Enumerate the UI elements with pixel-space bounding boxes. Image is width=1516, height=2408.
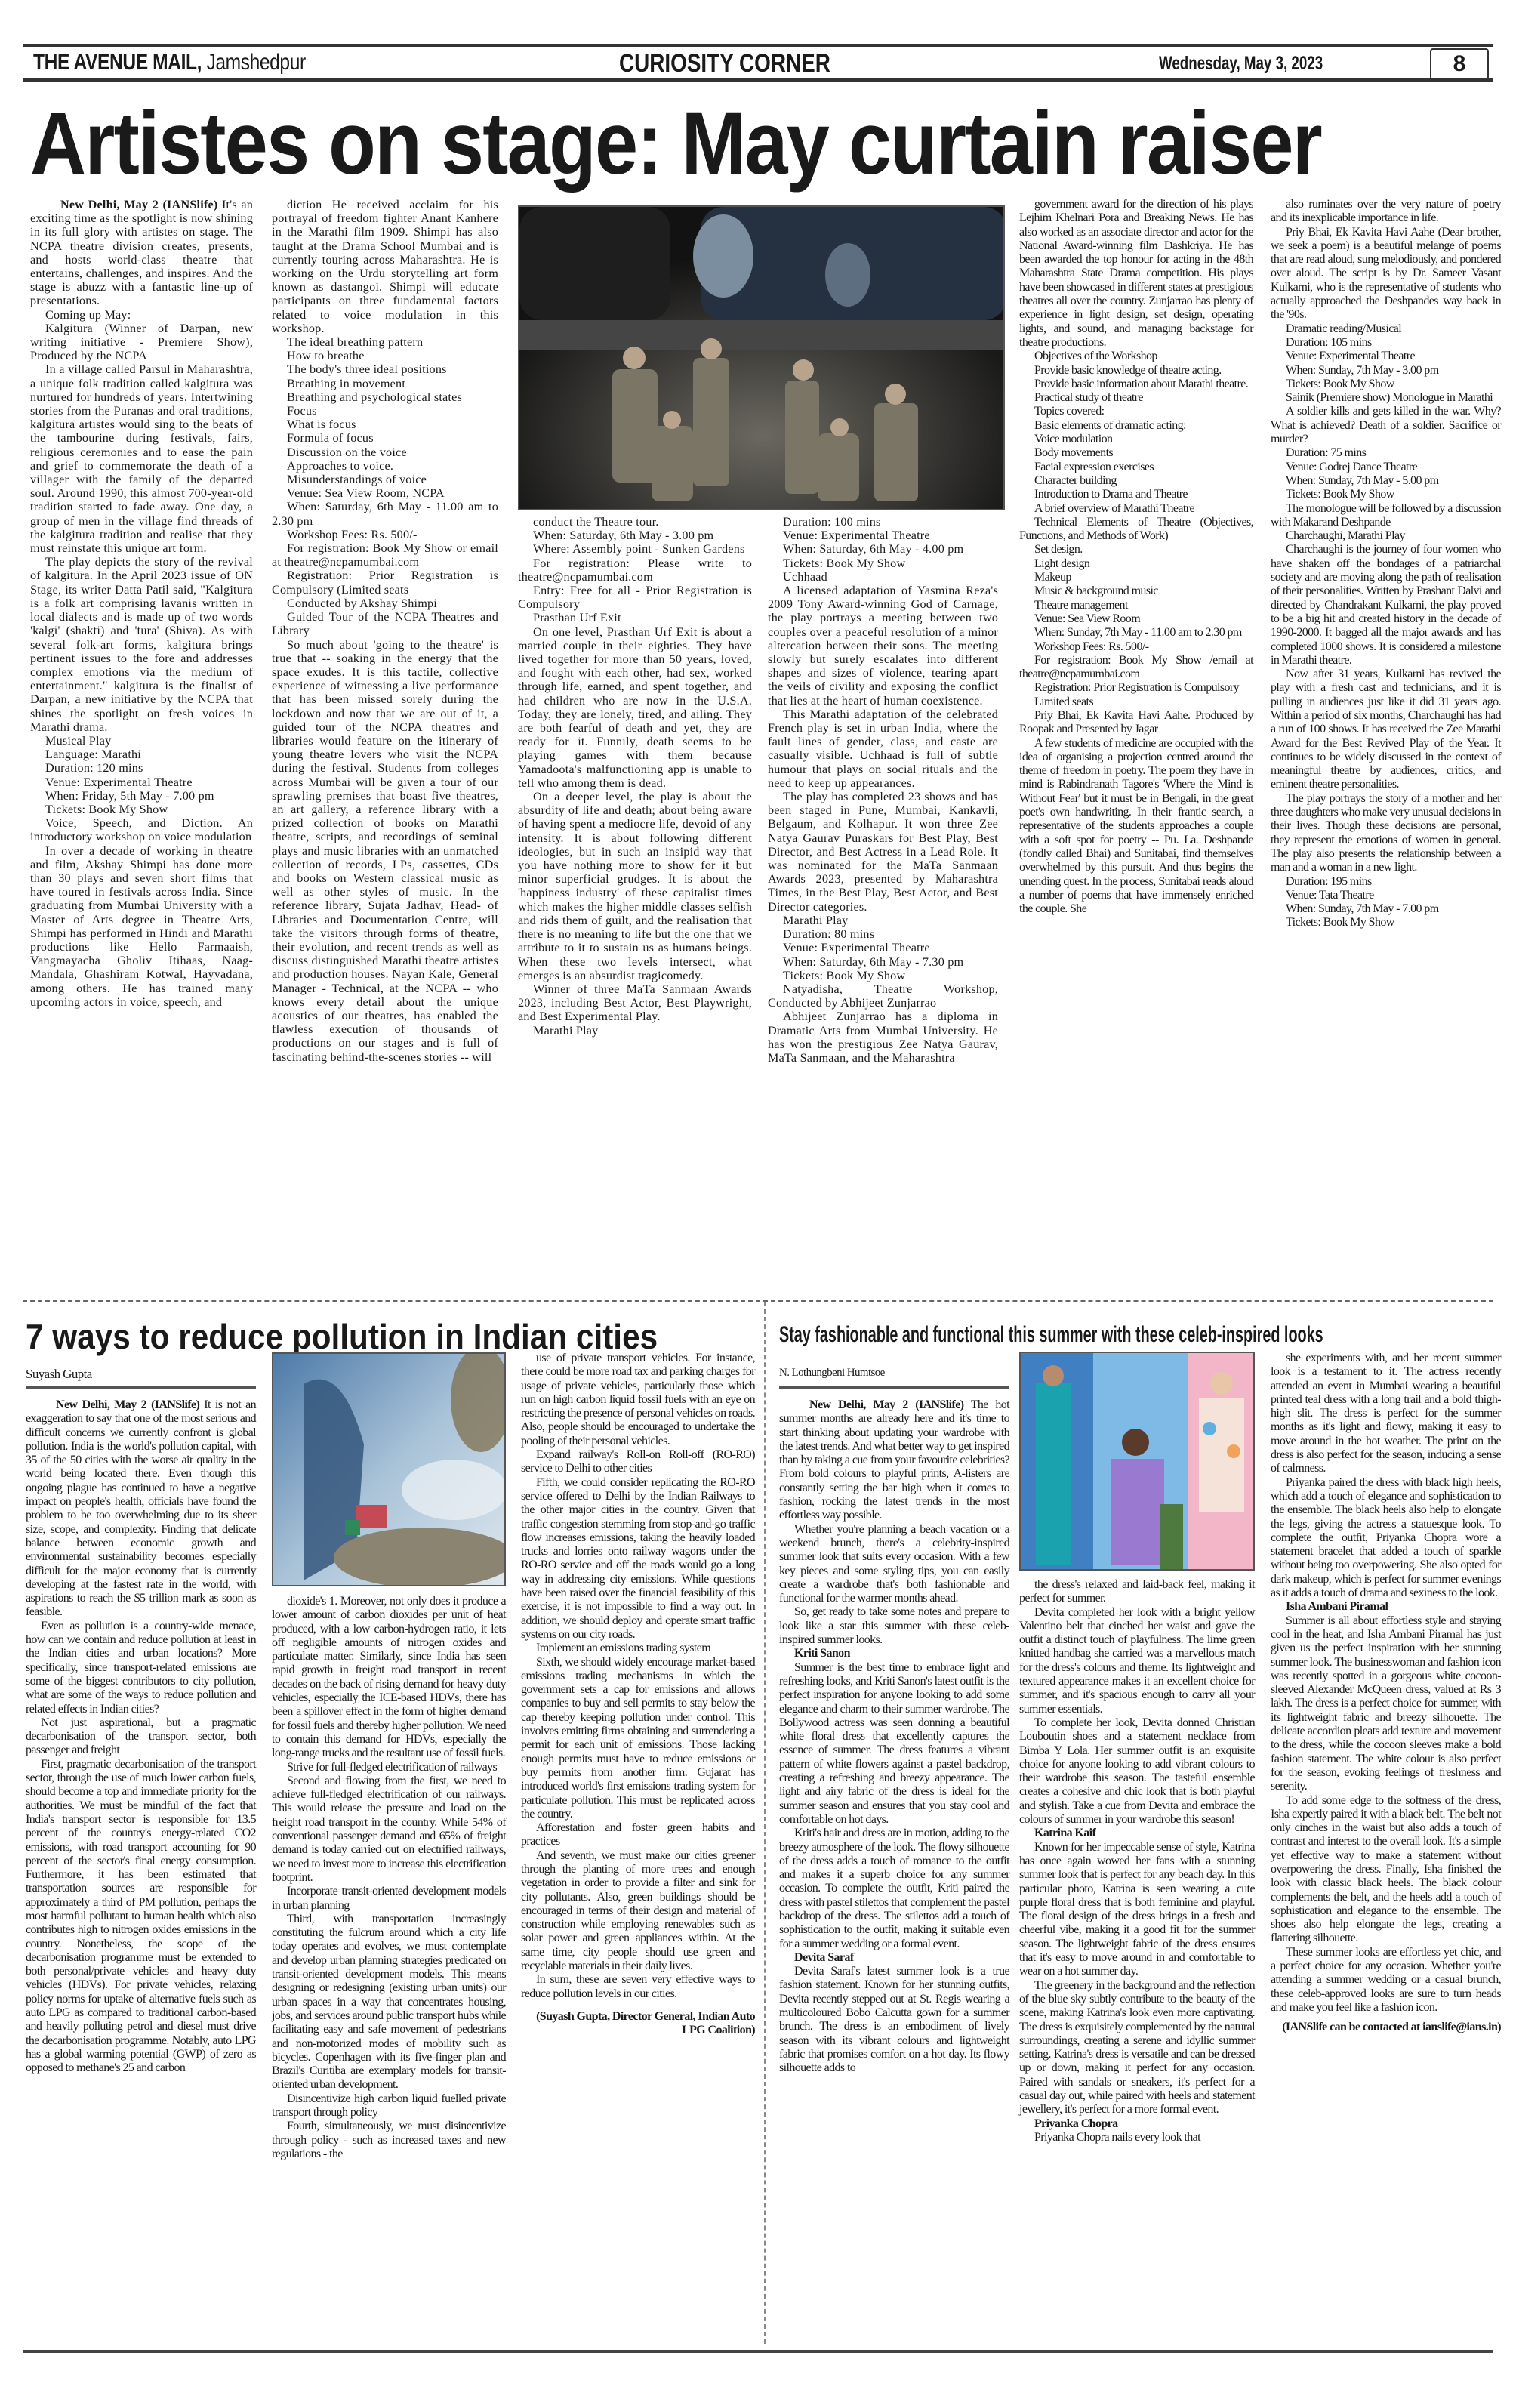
- page-bottom-rule: [23, 2350, 1493, 2353]
- paragraph: Disincentivize high carbon liquid fuelle…: [272, 2092, 506, 2120]
- paragraph: And seventh, we must make our cities gre…: [521, 1849, 755, 1974]
- paragraph: Technical Elements of Theatre (Objective…: [1019, 516, 1253, 544]
- subheading: Priyanka Chopra: [1019, 2117, 1255, 2131]
- paragraph: In a village called Parsul in Maharashtr…: [30, 362, 253, 555]
- pollution-byline: Suyash Gupta: [26, 1367, 92, 1382]
- dateline: New Delhi, May 2 (IANSlife): [60, 198, 218, 211]
- fashion-byline: N. Lothungbeni Humtsoe: [779, 1367, 885, 1380]
- paragraph: The body's three ideal positions: [272, 362, 498, 376]
- paragraph: Kalgitura (Winner of Darpan, new writing…: [30, 322, 253, 363]
- paragraph: When: Saturday, 6th May - 7.30 pm: [768, 955, 998, 969]
- paragraph: This Marathi adaptation of the celebrate…: [768, 708, 998, 790]
- paragraph: Abhijeet Zunjarrao has a diploma in Dram…: [768, 1010, 998, 1065]
- paragraph: diction He received acclaim for his port…: [272, 198, 498, 335]
- byline-rule-fashion: [779, 1386, 1009, 1389]
- paragraph: When: Saturday, 6th May - 4.00 pm: [768, 542, 998, 556]
- paragraph: Duration: 75 mins: [1271, 446, 1501, 460]
- page-number: 8: [1430, 48, 1489, 80]
- fashion-column-3-body: she experiments with, and her recent sum…: [1271, 1352, 1501, 2015]
- paragraph: Focus: [272, 404, 498, 418]
- paragraph: the dress's relaxed and laid-back feel, …: [1019, 1578, 1255, 1606]
- paragraph: Natyadisha, Theatre Workshop, Conducted …: [768, 982, 998, 1010]
- paragraph: Venue: Experimental Theatre: [30, 775, 253, 789]
- paragraph: When: Sunday, 7th May - 7.00 pm: [1271, 902, 1501, 916]
- celebrity-summer-looks-collage: [1019, 1352, 1255, 1571]
- paragraph: Marathi Play: [518, 1024, 752, 1038]
- paragraph: Tickets: Book My Show: [768, 557, 998, 570]
- paragraph: Misunderstandings of voice: [272, 473, 498, 486]
- paragraph: Summer is the best time to embrace light…: [779, 1661, 1009, 1827]
- theatre-column-3: conduct the Theatre tour.When: Saturday,…: [518, 515, 752, 1293]
- paragraph: Priyanka Chopra nails every look that: [1019, 2131, 1255, 2144]
- paragraph: To complete her look, Devita donned Chri…: [1019, 1716, 1255, 1827]
- paragraph: For registration: Please write to theatr…: [518, 557, 752, 584]
- paragraph: Venue: Experimental Theatre: [768, 941, 998, 954]
- paragraph: A soldier kills and gets killed in the w…: [1271, 405, 1501, 446]
- paragraph: Facial expression exercises: [1019, 461, 1253, 474]
- paragraph: So, get ready to take some notes and pre…: [779, 1605, 1009, 1647]
- paragraph: Music & background music: [1019, 584, 1253, 598]
- paragraph: Topics covered:: [1019, 405, 1253, 418]
- paragraph: Breathing in movement: [272, 377, 498, 390]
- paragraph: Charchaughi is the journey of four women…: [1271, 543, 1501, 668]
- paragraph: Known for her impeccable sense of style,…: [1019, 1841, 1255, 1979]
- paragraph: Expand railway's Roll-on Roll-off (RO-RO…: [521, 1448, 755, 1476]
- paragraph: Workshop Fees: Rs. 500/-: [272, 528, 498, 541]
- pollution-column-3: use of private transport vehicles. For i…: [521, 1352, 755, 2342]
- paragraph: When: Sunday, 7th May - 5.00 pm: [1271, 474, 1501, 488]
- paragraph: Entry: Free for all - Prior Registration…: [518, 584, 752, 611]
- section-title: CURIOSITY CORNER: [619, 49, 830, 79]
- paragraph: On a deeper level, the play is about the…: [518, 790, 752, 982]
- dateline-paragraph: New Delhi, May 2 (IANSlife) It's an exci…: [30, 198, 253, 308]
- paragraph: Devita completed her look with a bright …: [1019, 1606, 1255, 1716]
- paragraph: Summer is all about effortless style and…: [1271, 1614, 1501, 1794]
- fashion-collage-icon: [1021, 1353, 1255, 1571]
- paragraph: When: Friday, 5th May - 7.00 pm: [30, 789, 253, 803]
- paragraph: The ideal breathing pattern: [272, 335, 498, 349]
- paragraph: Language: Marathi: [30, 748, 253, 761]
- paragraph: The greenery in the background and the r…: [1019, 1979, 1255, 2117]
- paragraph: Sixth, we should widely encourage market…: [521, 1656, 755, 1822]
- paragraph: To add some edge to the softness of the …: [1271, 1794, 1501, 1946]
- paragraph: How to breathe: [272, 349, 498, 362]
- subheading: Katrina Kaif: [1019, 1827, 1255, 1840]
- paragraph: Tickets: Book My Show: [1271, 916, 1501, 930]
- paper-title: THE AVENUE MAIL,: [33, 50, 202, 75]
- paragraph: Duration: 120 mins: [30, 761, 253, 775]
- paragraph: The play depicts the story of the reviva…: [30, 555, 253, 734]
- paragraph: Venue: Tata Theatre: [1271, 889, 1501, 902]
- paragraph: When: Sunday, 7th May - 11.00 am to 2.30…: [1019, 626, 1253, 640]
- paragraph: Venue: Sea View Room: [1019, 612, 1253, 626]
- paragraph: dioxide's 1. Moreover, not only does it …: [272, 1595, 506, 1761]
- paragraph: Fifth, we could consider replicating the…: [521, 1476, 755, 1642]
- paragraph: Character building: [1019, 474, 1253, 488]
- paragraph: she experiments with, and her recent sum…: [1271, 1352, 1501, 1476]
- section-divider: [23, 1300, 1493, 1302]
- paragraph: Objectives of the Workshop: [1019, 350, 1253, 363]
- paragraph: Devita Saraf's latest summer look is a t…: [779, 1965, 1009, 2075]
- fashion-column-1: New Delhi, May 2 (IANSlife) The hot summ…: [779, 1398, 1009, 2342]
- paragraph: Fourth, simultaneously, we must disincen…: [272, 2120, 506, 2161]
- paragraph: Musical Play: [30, 734, 253, 748]
- paragraph: Now after 31 years, Kulkarni has revived…: [1271, 668, 1501, 792]
- paragraph: The play has completed 23 shows and has …: [768, 790, 998, 914]
- paragraph: Kriti's hair and dress are in motion, ad…: [779, 1827, 1009, 1951]
- pollution-photo-icon: [273, 1354, 506, 1586]
- paragraph: Sainik (Premiere show) Monologue in Mara…: [1271, 391, 1501, 405]
- paragraph: A brief overview of Marathi Theatre: [1019, 502, 1253, 516]
- pollution-column-2: dioxide's 1. Moreover, not only does it …: [272, 1595, 506, 2342]
- paper-city: Jamshedpur: [206, 50, 305, 75]
- paragraph: Priyanka paired the dress with black hig…: [1271, 1476, 1501, 1601]
- paragraph: Formula of focus: [272, 431, 498, 445]
- paragraph: When: Saturday, 6th May - 3.00 pm: [518, 529, 752, 542]
- paragraph: Basic elements of dramatic acting:: [1019, 419, 1253, 433]
- paragraph: Provide basic information about Marathi …: [1019, 378, 1253, 391]
- subheading: Kriti Sanon: [779, 1647, 1009, 1660]
- paragraph: Prasthan Urf Exit: [518, 611, 752, 624]
- paragraph: Body movements: [1019, 446, 1253, 460]
- paragraph: Dramatic reading/Musical: [1271, 322, 1501, 336]
- paragraph: Whether you're planning a beach vacation…: [779, 1523, 1009, 1606]
- paragraph: Tickets: Book My Show: [30, 803, 253, 816]
- paragraph: Tickets: Book My Show: [1271, 488, 1501, 501]
- fashion-column-3: she experiments with, and her recent sum…: [1271, 1352, 1501, 2342]
- paragraph: The play portrays the story of a mother …: [1271, 792, 1501, 875]
- dateline-paragraph: New Delhi, May 2 (IANSlife) The hot summ…: [779, 1398, 1009, 1523]
- paragraph: Coming up May:: [30, 308, 253, 322]
- issue-date: Wednesday, May 3, 2023: [1159, 53, 1323, 75]
- paper-name: THE AVENUE MAIL, Jamshedpur: [33, 50, 306, 76]
- paragraph: For registration: Book My Show or email …: [272, 541, 498, 569]
- paragraph: Duration: 80 mins: [768, 927, 998, 941]
- masthead: THE AVENUE MAIL, Jamshedpur CURIOSITY CO…: [23, 44, 1493, 82]
- paragraph: Winner of three MaTa Sanmaan Awards 2023…: [518, 982, 752, 1024]
- paragraph: Voice modulation: [1019, 433, 1253, 446]
- paragraph: Priy Bhai, Ek Kavita Havi Aahe. Produced…: [1019, 709, 1253, 737]
- paragraph: Guided Tour of the NCPA Theatres and Lib…: [272, 610, 498, 637]
- paragraph: Venue: Experimental Theatre: [768, 529, 998, 542]
- paragraph: also ruminates over the very nature of p…: [1271, 198, 1501, 226]
- subheading: Isha Ambani Piramal: [1271, 1600, 1501, 1614]
- paragraph: Incorporate transit-oriented development…: [272, 1885, 506, 1913]
- paragraph: Third, with transportation increasingly …: [272, 1913, 506, 2092]
- paragraph: In sum, these are seven very effective w…: [521, 1973, 755, 2001]
- dateline: New Delhi, May 2 (IANSlife): [809, 1398, 963, 1411]
- paragraph: Practical study of theatre: [1019, 391, 1253, 405]
- paragraph: Discussion on the voice: [272, 446, 498, 459]
- paragraph: Not just aspirational, but a pragmatic d…: [26, 1716, 256, 1758]
- paragraph: For registration: Book My Show /email at…: [1019, 654, 1253, 682]
- paragraph: Duration: 195 mins: [1271, 875, 1501, 889]
- paragraph: government award for the direction of hi…: [1019, 198, 1253, 350]
- pollution-burning-photo: [272, 1352, 506, 1586]
- paragraph: Strive for full-fledged electrification …: [272, 1761, 506, 1774]
- theatre-column-4: Duration: 100 minsVenue: Experimental Th…: [768, 515, 998, 1293]
- paragraph: In over a decade of working in theatre a…: [30, 844, 253, 1009]
- paragraph: Charchaughi, Marathi Play: [1271, 529, 1501, 543]
- paragraph: When: Saturday, 6th May - 11.00 am to 2.…: [272, 500, 498, 527]
- paragraph: Second and flowing from the first, we ne…: [272, 1774, 506, 1885]
- pollution-headline: 7 ways to reduce pollution in Indian cit…: [26, 1317, 658, 1356]
- paragraph: Voice, Speech, and Diction. An introduct…: [30, 816, 253, 843]
- paragraph: Registration: Prior Registration is Comp…: [1019, 681, 1253, 695]
- byline-rule: [26, 1386, 256, 1389]
- fashion-column-2: the dress's relaxed and laid-back feel, …: [1019, 1578, 1255, 2342]
- paragraph: Implement an emissions trading system: [521, 1642, 755, 1655]
- paragraph: Light design: [1019, 557, 1253, 571]
- theatre-column-6: also ruminates over the very nature of p…: [1271, 198, 1501, 1293]
- paragraph: Venue: Experimental Theatre: [1271, 350, 1501, 363]
- paragraph: So much about 'going to the theatre' is …: [272, 638, 498, 1064]
- paragraph: Venue: Godrej Dance Theatre: [1271, 461, 1501, 474]
- theatre-stage-photo: [518, 205, 1005, 510]
- paragraph: When: Sunday, 7th May - 3.00 pm: [1271, 364, 1501, 378]
- paragraph: conduct the Theatre tour.: [518, 515, 752, 529]
- paragraph: Uchhaad: [768, 570, 998, 584]
- fashion-headline: Stay fashionable and functional this sum…: [779, 1320, 1323, 1350]
- paragraph: A licensed adaptation of Yasmina Reza's …: [768, 584, 998, 708]
- paragraph: Even as pollution is a country-wide mena…: [26, 1620, 256, 1716]
- paragraph: use of private transport vehicles. For i…: [521, 1352, 755, 1448]
- paragraph: These summer looks are effortless yet ch…: [1271, 1946, 1501, 2015]
- pollution-column-3-body: use of private transport vehicles. For i…: [521, 1352, 755, 2001]
- paragraph: Afforestation and foster green habits an…: [521, 1821, 755, 1849]
- paragraph: Provide basic knowledge of theatre actin…: [1019, 364, 1253, 378]
- paragraph: On one level, Prasthan Urf Exit is about…: [518, 625, 752, 790]
- paragraph: Duration: 100 mins: [768, 515, 998, 529]
- paragraph: What is focus: [272, 418, 498, 431]
- paragraph: Where: Assembly point - Sunken Gardens: [518, 542, 752, 556]
- paragraph: Theatre management: [1019, 599, 1253, 612]
- paragraph: Duration: 105 mins: [1271, 336, 1501, 350]
- subheading: Devita Saraf: [779, 1951, 1009, 1965]
- fashion-contact-credit: (IANSlife can be contacted at ianslife@i…: [1271, 2021, 1501, 2034]
- pollution-column-1: New Delhi, May 2 (IANSlife) It is not an…: [26, 1398, 256, 2342]
- paragraph: Marathi Play: [768, 914, 998, 927]
- paragraph: Registration: Prior Registration is Comp…: [272, 569, 498, 596]
- paragraph: A few students of medicine are occupied …: [1019, 737, 1253, 917]
- paragraph: Tickets: Book My Show: [768, 969, 998, 982]
- theatre-column-5: government award for the direction of hi…: [1019, 198, 1253, 1293]
- pollution-author-credit: (Suyash Gupta, Director General, Indian …: [521, 2010, 755, 2038]
- paragraph: Tickets: Book My Show: [1271, 378, 1501, 391]
- article-divider: [764, 1302, 766, 2344]
- paragraph: Approaches to voice.: [272, 459, 498, 473]
- paragraph: Venue: Sea View Room, NCPA: [272, 486, 498, 500]
- stage-photo-icon: [519, 207, 1005, 510]
- theatre-column-1: New Delhi, May 2 (IANSlife) It's an exci…: [30, 198, 253, 1293]
- paragraph: Conducted by Akshay Shimpi: [272, 597, 498, 610]
- paragraph: Makeup: [1019, 571, 1253, 584]
- dateline-paragraph: New Delhi, May 2 (IANSlife) It is not an…: [26, 1398, 256, 1620]
- paragraph: Breathing and psychological states: [272, 390, 498, 404]
- paragraph: Priy Bhai, Ek Kavita Havi Aahe (Dear bro…: [1271, 226, 1501, 322]
- paragraph: Workshop Fees: Rs. 500/-: [1019, 640, 1253, 654]
- paragraph: The monologue will be followed by a disc…: [1271, 502, 1501, 530]
- main-headline: Artistes on stage: May curtain raiser: [30, 98, 1321, 189]
- theatre-column-2: diction He received acclaim for his port…: [272, 198, 498, 1293]
- paragraph: Limited seats: [1019, 695, 1253, 709]
- paragraph: First, pragmatic decarbonisation of the …: [26, 1758, 256, 2076]
- dateline: New Delhi, May 2 (IANSlife): [56, 1398, 199, 1411]
- paragraph: Set design.: [1019, 543, 1253, 557]
- paragraph: Introduction to Drama and Theatre: [1019, 488, 1253, 501]
